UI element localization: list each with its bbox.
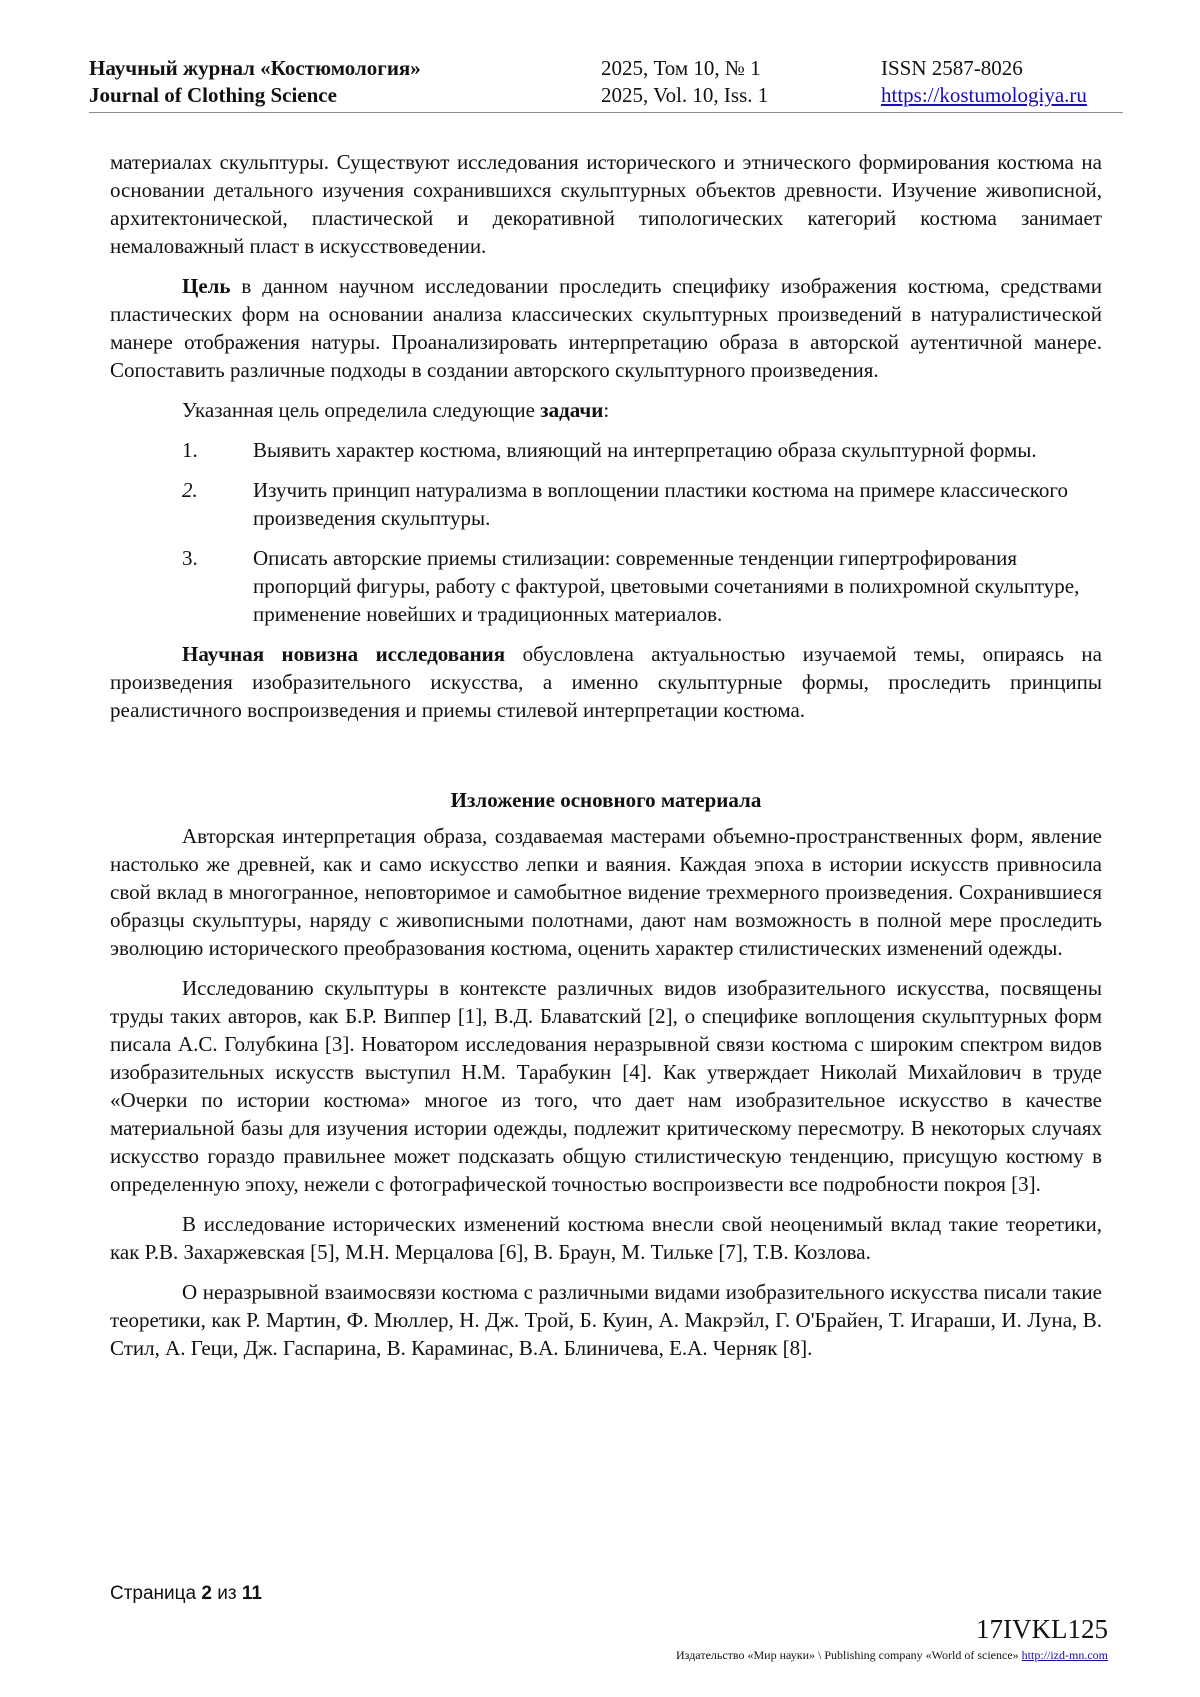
- tasks-list: 1.Выявить характер костюма, влияющий на …: [110, 436, 1102, 628]
- journal-title-block: Научный журнал «Костюмология» Journal of…: [89, 55, 421, 109]
- paragraph: материалах скульптуры. Существуют исслед…: [110, 148, 1102, 260]
- article-body: материалах скульптуры. Существуют исслед…: [110, 148, 1102, 1374]
- page-header: Научный журнал «Костюмология» Journal of…: [89, 55, 1123, 113]
- paragraph: Авторская интерпретация образа, создавае…: [110, 822, 1102, 962]
- goal-label: Цель: [182, 274, 231, 298]
- novelty-paragraph: Научная новизна исследования обусловлена…: [110, 640, 1102, 724]
- list-item: 3.Описать авторские приемы стилизации: с…: [110, 544, 1102, 628]
- issn-block: ISSN 2587-8026 https://kostumologiya.ru: [881, 55, 1087, 109]
- list-item: 1.Выявить характер костюма, влияющий на …: [110, 436, 1102, 464]
- journal-url-link[interactable]: https://kostumologiya.ru: [881, 83, 1087, 107]
- section-title: Изложение основного материала: [110, 786, 1102, 814]
- tasks-intro: Указанная цель определила следующие зада…: [110, 396, 1102, 424]
- novelty-label: Научная новизна исследования: [182, 642, 505, 666]
- journal-title-en: Journal of Clothing Science: [89, 82, 421, 109]
- page-number: Страница 2 из 11: [110, 1583, 262, 1605]
- paragraph: Исследованию скульптуры в контексте разл…: [110, 974, 1102, 1198]
- publisher-line: Издательство «Мир науки» \ Publishing co…: [676, 1648, 1108, 1663]
- paragraph: О неразрывной взаимосвязи костюма с разл…: [110, 1278, 1102, 1362]
- issue-ru: 2025, Том 10, № 1: [601, 55, 768, 82]
- publisher-url-link[interactable]: http://izd-mn.com: [1022, 1648, 1108, 1662]
- issn: ISSN 2587-8026: [881, 55, 1087, 82]
- issue-en: 2025, Vol. 10, Iss. 1: [601, 82, 768, 109]
- journal-title-ru: Научный журнал «Костюмология»: [89, 55, 421, 82]
- tasks-label: задачи: [540, 398, 603, 422]
- issue-block: 2025, Том 10, № 1 2025, Vol. 10, Iss. 1: [601, 55, 768, 109]
- article-code: 17IVKL125: [976, 1614, 1108, 1645]
- list-item: 2.Изучить принцип натурализма в воплощен…: [110, 476, 1102, 532]
- goal-paragraph: Цель в данном научном исследовании просл…: [110, 272, 1102, 384]
- paragraph: В исследование исторических изменений ко…: [110, 1210, 1102, 1266]
